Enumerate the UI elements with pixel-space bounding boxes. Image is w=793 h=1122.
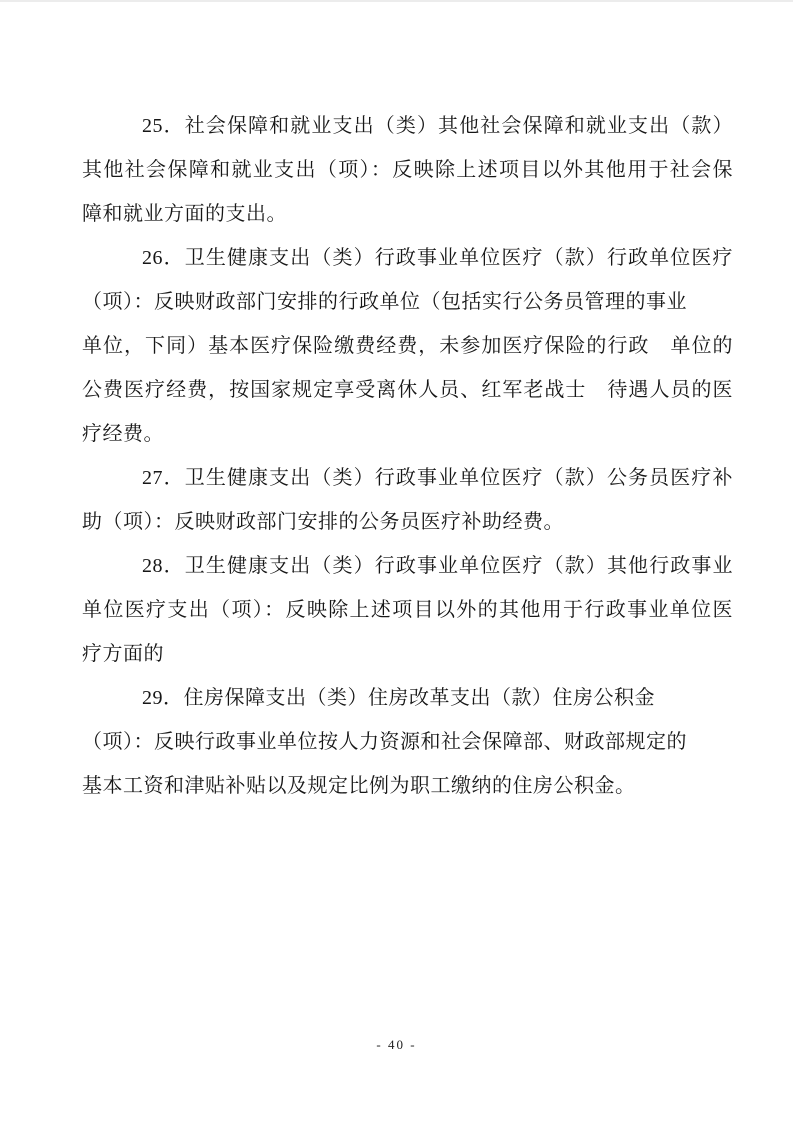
- text-line: 助（项）：反映财政部门安排的公务员医疗补助经费。: [82, 500, 733, 544]
- text-line: 其他社会保障和就业支出（项）：反映除上述项目以外其他用于社会保: [82, 148, 733, 192]
- paragraph-25: 25．社会保障和就业支出（类）其他社会保障和就业支出（款） 其他社会保障和就业支…: [82, 104, 733, 236]
- paragraph-29: 29．住房保障支出（类）住房改革支出（款）住房公积金 （项）：反映行政事业单位按…: [82, 676, 733, 808]
- text-line: （项）：反映行政事业单位按人力资源和社会保障部、财政部规定的: [82, 720, 733, 764]
- text-line: 障和就业方面的支出。: [82, 192, 733, 236]
- text-line: 单位医疗支出（项）：反映除上述项目以外的其他用于行政事业单位医: [82, 588, 733, 632]
- paragraph-27: 27．卫生健康支出（类）行政事业单位医疗（款）公务员医疗补 助（项）：反映财政部…: [82, 456, 733, 544]
- page-number: - 40 -: [376, 1037, 416, 1052]
- text-line: （项）：反映财政部门安排的行政单位（包括实行公务员管理的事业: [82, 280, 733, 324]
- body-text: 25．社会保障和就业支出（类）其他社会保障和就业支出（款） 其他社会保障和就业支…: [82, 104, 733, 808]
- text-line: 单位，下同）基本医疗保险缴费经费，未参加医疗保险的行政 单位的: [82, 324, 733, 368]
- paragraph-26: 26．卫生健康支出（类）行政事业单位医疗（款）行政单位医疗 （项）：反映财政部门…: [82, 236, 733, 456]
- paragraph-28: 28．卫生健康支出（类）行政事业单位医疗（款）其他行政事业 单位医疗支出（项）：…: [82, 544, 733, 676]
- text-line: 29．住房保障支出（类）住房改革支出（款）住房公积金: [82, 676, 733, 720]
- text-line: 基本工资和津贴补贴以及规定比例为职工缴纳的住房公积金。: [82, 764, 733, 808]
- text-line: 疗经费。: [82, 412, 733, 456]
- document-page: 25．社会保障和就业支出（类）其他社会保障和就业支出（款） 其他社会保障和就业支…: [0, 0, 793, 1122]
- page-footer: - 40 -: [0, 1036, 793, 1054]
- text-line: 27．卫生健康支出（类）行政事业单位医疗（款）公务员医疗补: [82, 456, 733, 500]
- text-line: 26．卫生健康支出（类）行政事业单位医疗（款）行政单位医疗: [82, 236, 733, 280]
- text-line: 25．社会保障和就业支出（类）其他社会保障和就业支出（款）: [82, 104, 733, 148]
- text-line: 疗方面的: [82, 632, 733, 676]
- text-line: 28．卫生健康支出（类）行政事业单位医疗（款）其他行政事业: [82, 544, 733, 588]
- text-line: 公费医疗经费，按国家规定享受离休人员、红军老战士 待遇人员的医: [82, 368, 733, 412]
